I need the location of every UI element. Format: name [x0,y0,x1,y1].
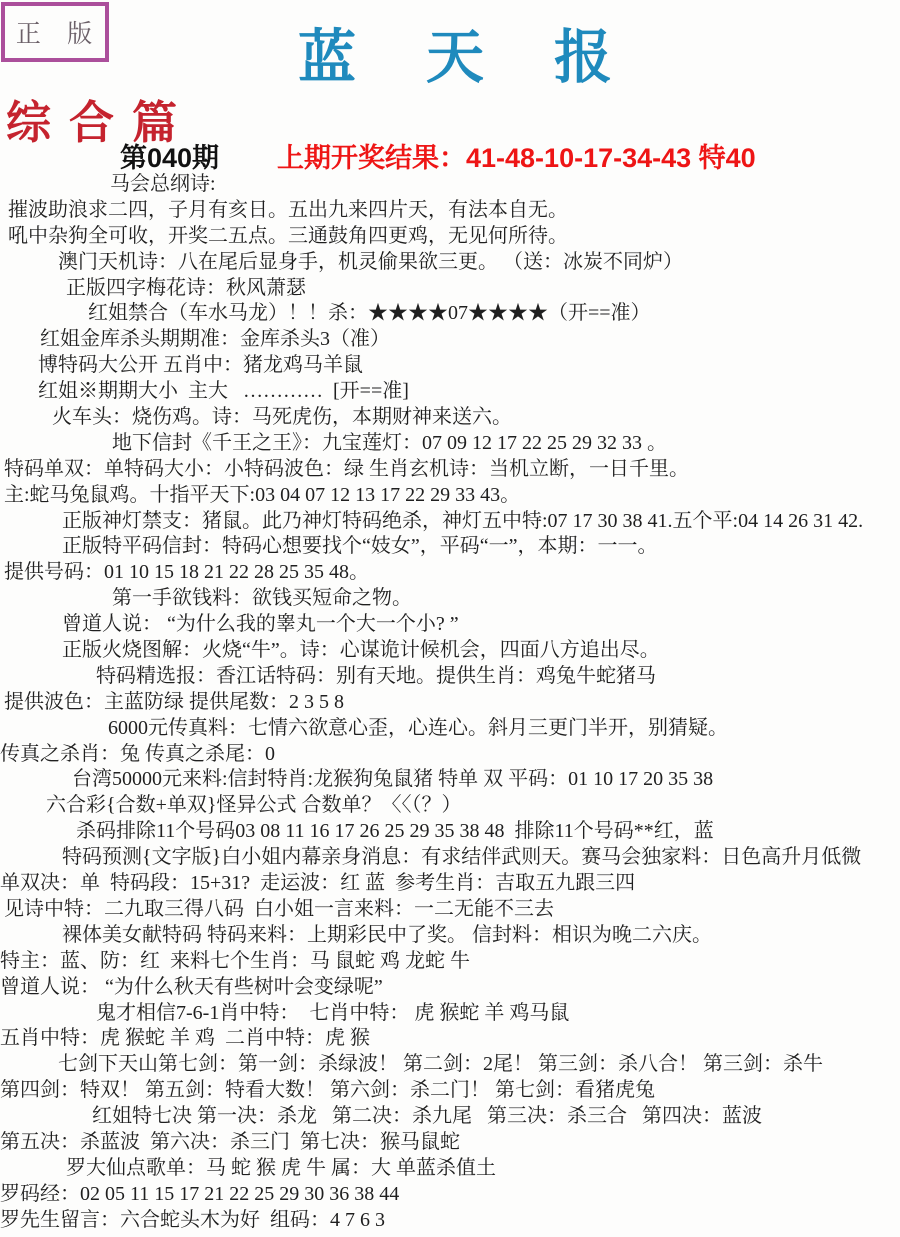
text-line: 摧波助浪求二四，子月有亥日。五出九来四片天，有法本自无。 [0,198,900,224]
text-line: 红姐※期期大小 主大 ………… [开==准] [0,379,900,405]
text-line: 五肖中特：虎 猴蛇 羊 鸡 二肖中特：虎 猴 [0,1026,900,1052]
text-line: 特码单双：单特码大小：小特码波色：绿 生肖玄机诗：当机立断，一日千里。 [0,457,900,483]
issue-row: 第040期 上期开奖结果：41-48-10-17-34-43 特40 [0,136,900,170]
text-line: 七剑下天山第七剑：第一剑：杀绿波！ 第二剑：2尾！ 第三剑：杀八合！ 第三剑：杀… [0,1052,900,1078]
text-line: 罗先生留言：六合蛇头木为好 组码：4 7 6 3 [0,1208,900,1234]
text-line: 第一手欲钱料：欲钱买短命之物。 [0,586,900,612]
text-line: 红姐禁合（车水马龙）！！杀：★★★★07★★★★（开==准） [0,301,900,327]
edition-badge: 正 版 [1,2,109,62]
text-line: 特码精选报：香江话特码：别有天地。提供生肖：鸡兔牛蛇猪马 [0,664,900,690]
text-line: 正版神灯禁支：猪鼠。此乃神灯特码绝杀，神灯五中特:07 17 30 38 41.… [0,509,900,535]
text-line: 罗码经：02 05 11 15 17 21 22 25 29 30 36 38 … [0,1182,900,1208]
text-line: 正版火烧图解：火烧“牛”。诗：心谋诡计候机会，四面八方追出尽。 [0,638,900,664]
text-line: 6000元传真料：七情六欲意心歪，心连心。斜月三更门半开，别猜疑。 [0,716,900,742]
text-line: 特主：蓝、防：红 来料七个生肖：马 鼠蛇 鸡 龙蛇 牛 [0,949,900,975]
text-line: 地下信封《千王之王》：九宝莲灯：07 09 12 17 22 25 29 32 … [0,431,900,457]
text-line: 罗大仙点歌单：马 蛇 猴 虎 牛 属：大 单蓝杀值土 [0,1156,900,1182]
text-line: 裸体美女献特码 特码来料：上期彩民中了奖。 信封料：相识为晚二六庆。 [0,923,900,949]
text-line: 杀码排除11个号码03 08 11 16 17 26 25 29 35 38 4… [0,819,900,845]
text-line: 火车头：烧伤鸡。诗：马死虎伤，本期财神来送六。 [0,405,900,431]
issue-number: 第040期 [120,136,219,175]
newspaper-page: 正 版 蓝天报 综合篇 第040期 上期开奖结果：41-48-10-17-34-… [0,0,900,1237]
text-line: 吼中杂狗全可收，开奖二五点。三通鼓角四更鸡，无见何所待。 [0,224,900,250]
text-line: 特码预测{文字版}白小姐内幕亲身消息：有求结伴武则天。赛马会独家料：日色高升月低… [0,845,900,871]
text-line: 台湾50000元来料:信封特肖:龙猴狗兔鼠猪 特单 双 平码：01 10 17 … [0,767,900,793]
last-draw-result: 上期开奖结果：41-48-10-17-34-43 特40 [277,136,756,175]
text-line: 六合彩{合数+单双}怪异公式 合数单？〈〈（？） [0,793,900,819]
text-line: 鬼才相信7-6-1肖中特： 七肖中特： 虎 猴蛇 羊 鸡马鼠 [0,1001,900,1027]
text-line: 主:蛇马兔鼠鸡。十指平天下:03 04 07 12 13 17 22 29 33… [0,483,900,509]
text-line: 马会总纲诗: [0,172,900,198]
text-line: 第五决：杀蓝波 第六决：杀三门 第七决：猴马鼠蛇 [0,1130,900,1156]
text-line: 提供号码：01 10 15 18 21 22 28 25 35 48。 [0,560,900,586]
edition-badge-label: 正 版 [16,14,94,50]
text-line: 曾道人说： “为什么秋天有些树叶会变绿呢” [0,975,900,1001]
text-line: 见诗中特：二九取三得八码 白小姐一言来料：一二无能不三去 [0,897,900,923]
text-line: 红姐特七决 第一决：杀龙 第二决：杀九尾 第三决：杀三合 第四决：蓝波 [0,1104,900,1130]
text-line: 红姐金库杀头期期准：金库杀头3（准） [0,327,900,353]
text-line: 澳门天机诗：八在尾后显身手，机灵偷果欲三更。 （送：冰炭不同炉） [0,250,900,276]
text-line: 第四剑：特双！ 第五剑：特看大数！ 第六剑：杀二门！ 第七剑：看猪虎兔 [0,1078,900,1104]
content-lines: 马会总纲诗:摧波助浪求二四，子月有亥日。五出九来四片天，有法本自无。吼中杂狗全可… [0,172,900,1237]
text-line: 正版四字梅花诗：秋风萧瑟 [0,276,900,302]
text-line: 单双决：单 特码段：15+31? 走运波：红 蓝 参考生肖：吉取五九跟三四 [0,871,900,897]
text-line: 提供波色：主蓝防绿 提供尾数：2 3 5 8 [0,690,900,716]
text-line: 正版特平码信封：特码心想要找个“妓女”，平码“一”，本期：一一。 [0,534,900,560]
text-line: 曾道人说： “为什么我的睾丸一个大一个小? ” [0,612,900,638]
page-title: 蓝天报 [298,10,682,94]
text-line: 博特码大公开 五肖中：猪龙鸡马羊鼠 [0,353,900,379]
text-line: 传真之杀肖：兔 传真之杀尾：0 [0,742,900,768]
